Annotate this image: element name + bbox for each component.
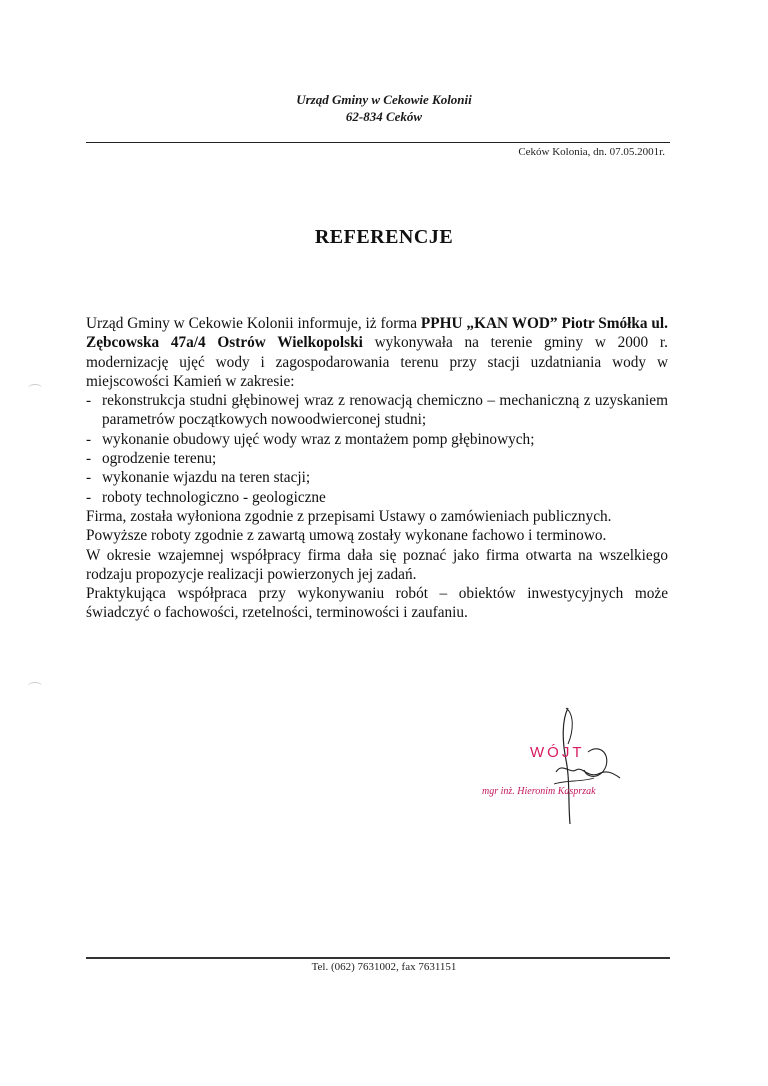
- quality-paragraph: Powyższe roboty zgodnie z zawartą umową …: [86, 526, 668, 545]
- letterhead-address: 62-834 Ceków: [0, 108, 768, 125]
- letter-body: Urząd Gminy w Cekowie Kolonii informuje,…: [86, 314, 668, 623]
- list-item: -ogrodzenie terenu;: [86, 449, 668, 468]
- header-divider: [86, 142, 670, 143]
- list-item: -rekonstrukcja studni głębinowej wraz z …: [86, 391, 668, 430]
- footer-contact: Tel. (062) 7631002, fax 7631151: [0, 961, 768, 973]
- document-title: REFERENCJE: [0, 226, 768, 249]
- letterhead-office: Urząd Gminy w Cekowie Kolonii: [0, 91, 768, 108]
- punch-hole-mark: [28, 384, 42, 392]
- intro-paragraph: Urząd Gminy w Cekowie Kolonii informuje,…: [86, 314, 668, 391]
- footer-divider: [86, 957, 670, 959]
- list-item: -roboty technologiczno - geologiczne: [86, 488, 668, 507]
- closing-paragraph: Praktykująca współpraca przy wykonywaniu…: [86, 584, 668, 623]
- letter-date: Ceków Kolonia, dn. 07.05.2001r.: [518, 146, 665, 158]
- letterhead: Urząd Gminy w Cekowie Kolonii 62-834 Cek…: [0, 91, 768, 125]
- punch-hole-mark: [28, 682, 42, 690]
- signatory-name: mgr inż. Hieronim Kasprzak: [482, 786, 596, 797]
- list-item: -wykonanie obudowy ujęć wody wraz z mont…: [86, 430, 668, 449]
- cooperation-paragraph: W okresie wzajemnej współpracy firma dał…: [86, 546, 668, 585]
- handwritten-signature-icon: [470, 700, 670, 830]
- stamp-title: WÓJT: [530, 744, 585, 761]
- list-item: -wykonanie wjazdu na teren stacji;: [86, 468, 668, 487]
- signature-block: WÓJT mgr inż. Hieronim Kasprzak: [470, 700, 670, 830]
- selection-paragraph: Firma, została wyłoniona zgodnie z przep…: [86, 507, 668, 526]
- scope-list: -rekonstrukcja studni głębinowej wraz z …: [86, 391, 668, 507]
